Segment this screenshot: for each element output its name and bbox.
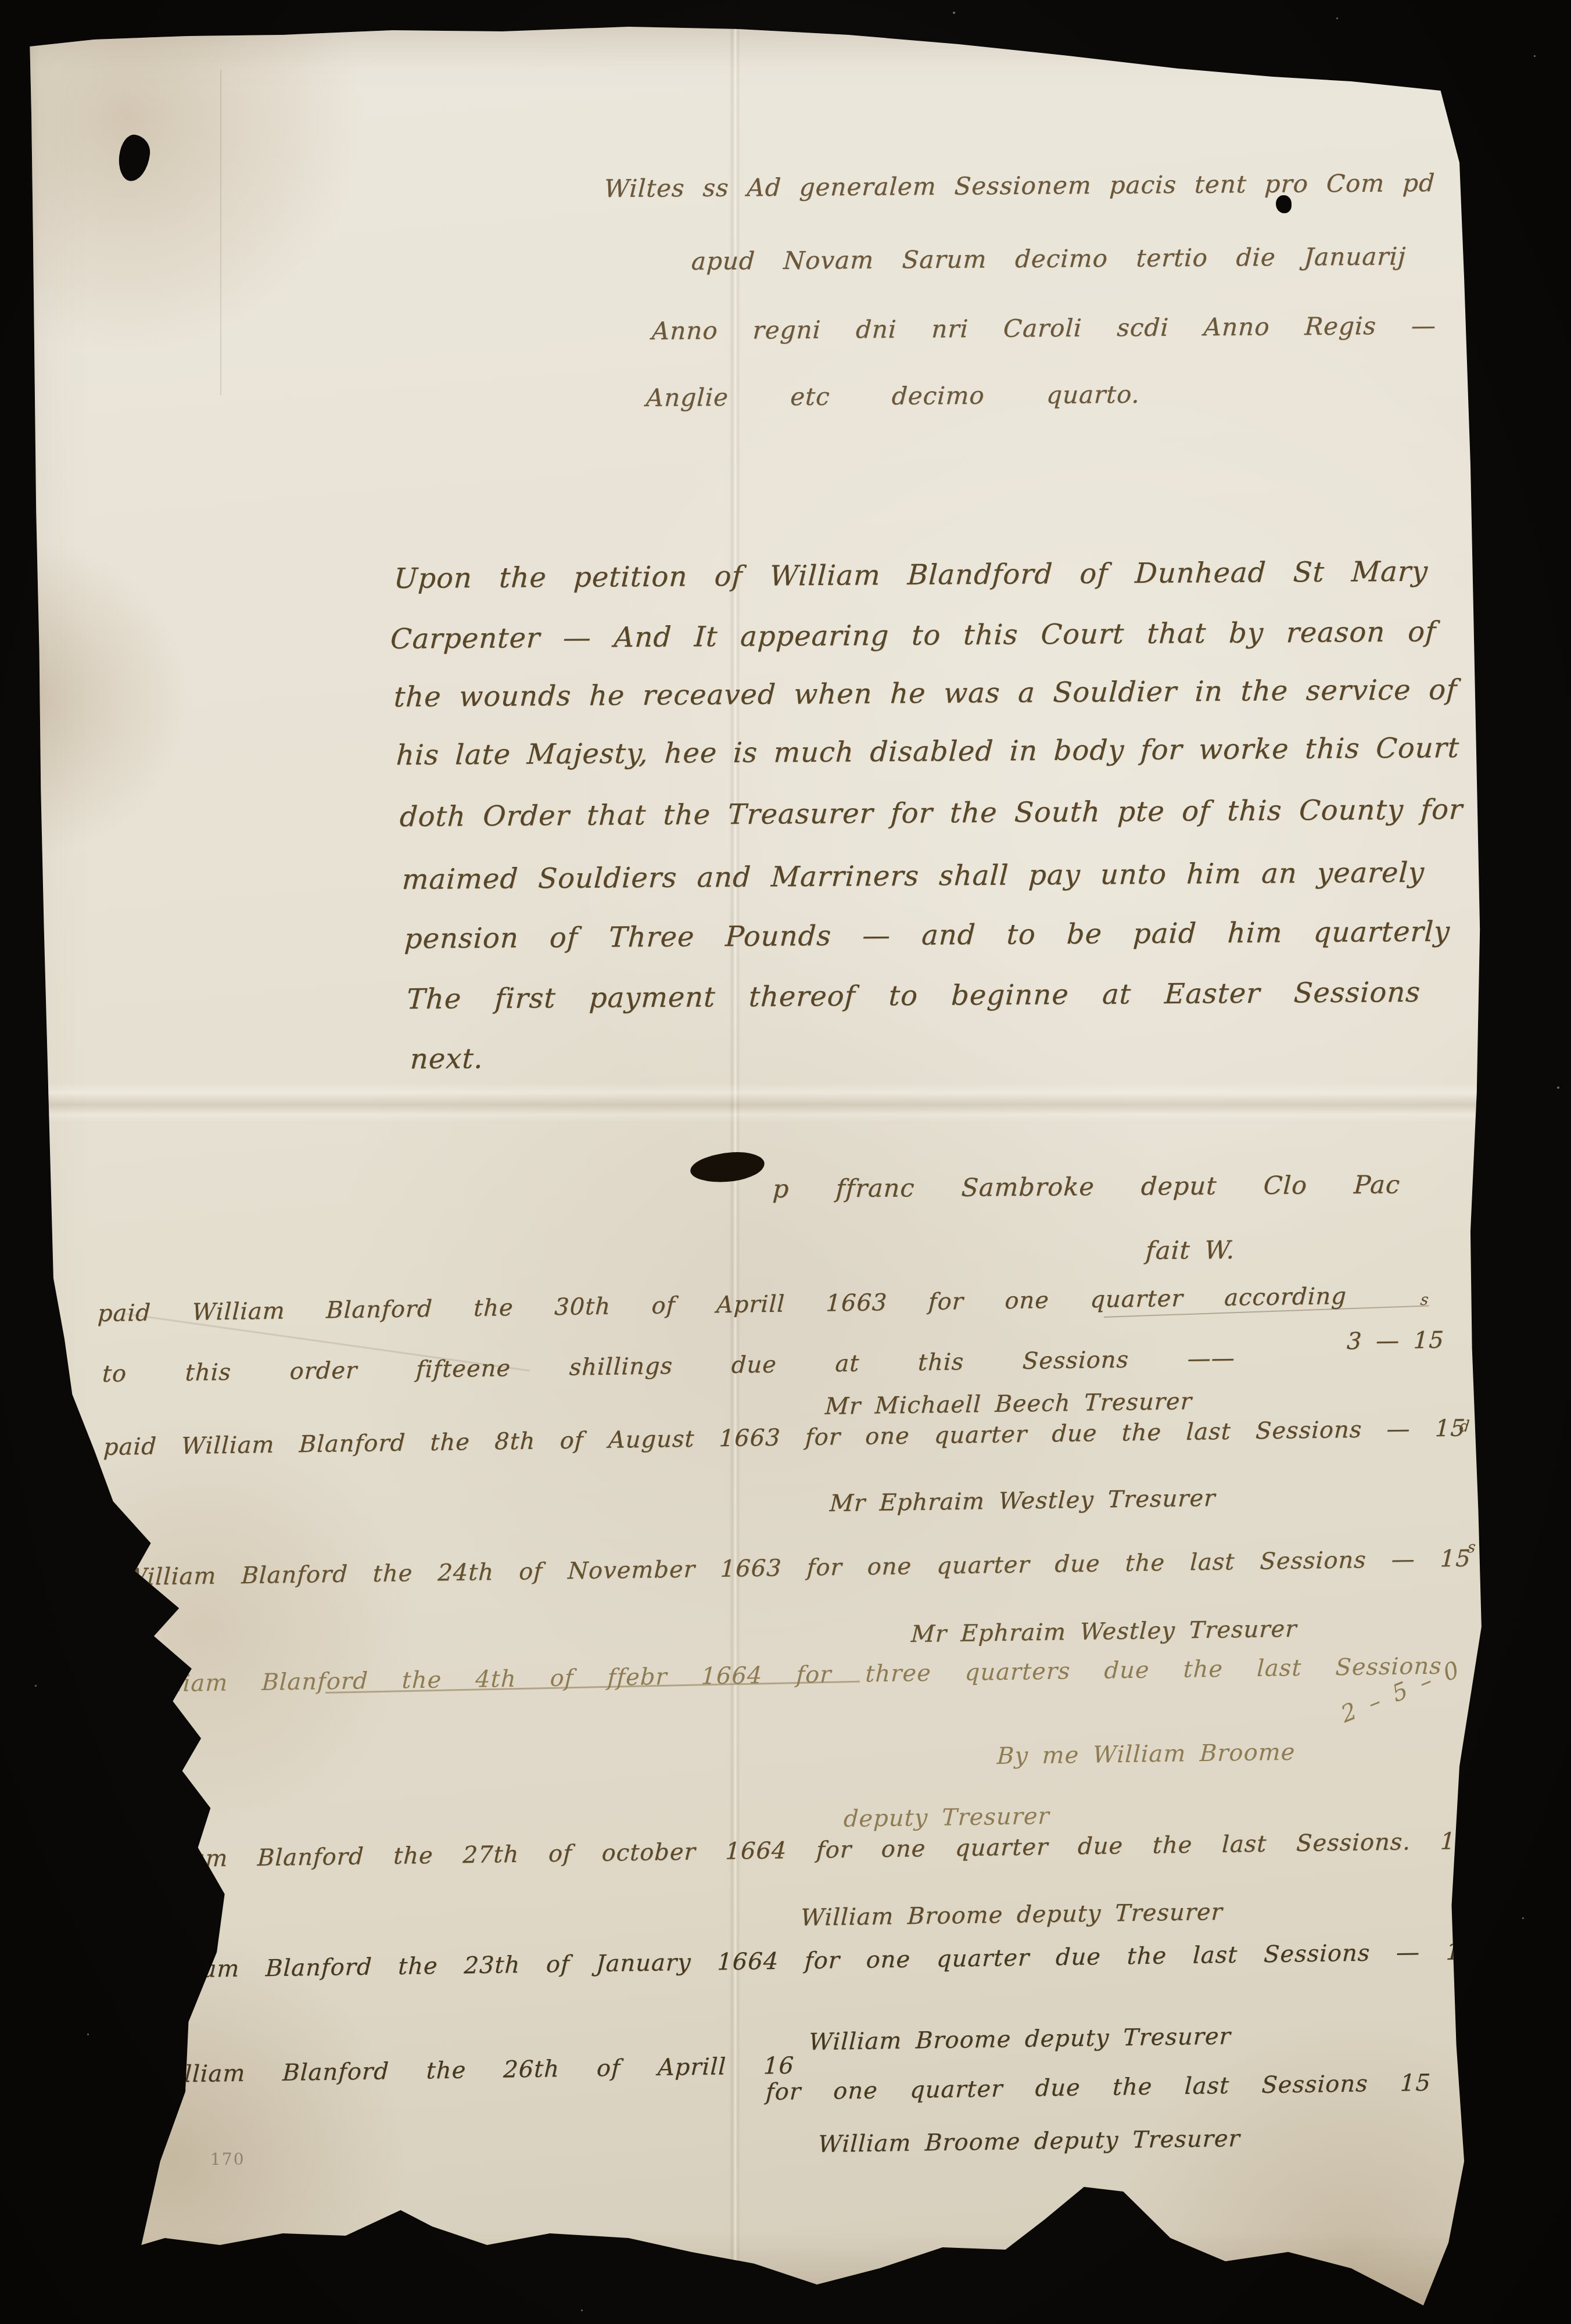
order-text-line: The first payment thereof to beginne at …: [406, 976, 1422, 1016]
order-text-line: next.: [410, 1042, 484, 1075]
receipt-line: for one quarter due the last Sessions 15: [765, 2070, 1432, 2106]
order-text-line: pension of Three Pounds — and to be paid…: [404, 915, 1451, 955]
receipt-amount: 3 — 15: [1346, 1327, 1445, 1355]
margin-unit-mark: s: [1470, 2045, 1480, 2063]
dust-speck: [1534, 55, 1536, 57]
receipt-line: to this order fifteene shillings due at …: [102, 1345, 1236, 1387]
latin-heading-line: apud Novam Sarum decimo tertio die Janua…: [691, 242, 1407, 275]
margin-unit-mark: s: [1466, 1538, 1476, 1556]
treasurer-signature: William Broome deputy Tresurer: [817, 2125, 1240, 2158]
photo-canvas: Wiltes ss Ad generalem Sessionem pacis t…: [0, 0, 1571, 2324]
dust-speck: [1557, 1086, 1559, 1089]
crease-vertical-minor: [220, 70, 221, 395]
order-text-line: Upon the petition of William Blandford o…: [393, 555, 1429, 595]
treasurer-signature: Mr Ephraim Westley Tresurer: [829, 1485, 1216, 1517]
receipt-by-line: By me William Broome: [996, 1739, 1296, 1770]
order-text-line: maimed Souldiers and Marriners shall pay…: [401, 856, 1426, 896]
latin-heading-line: Wiltes ss Ad generalem Sessionem pacis t…: [604, 168, 1436, 203]
clerk-attestation-line: fait W.: [1145, 1236, 1236, 1265]
fold-crease-horizontal: [0, 1083, 1571, 1122]
order-text-line: the wounds he receaved when he was a Sou…: [393, 673, 1458, 713]
receipt-line: paid William Blanford the 8th of August …: [103, 1415, 1466, 1461]
order-text-line: his late Majesty, hee is much disabled i…: [396, 731, 1460, 772]
treasurer-signature: William Broome deputy Tresurer: [808, 2023, 1231, 2056]
margin-unit-mark: s: [1470, 1824, 1480, 1842]
dust-speck: [1336, 17, 1338, 19]
receipt-line: William Blanford the 4th of ffebr 1664 f…: [134, 1653, 1443, 1698]
dust-speck: [953, 12, 955, 14]
order-text-line: doth Order that the Treasurer for the So…: [399, 793, 1464, 833]
treasurer-signature: deputy Tresurer: [843, 1803, 1050, 1832]
dust-speck: [35, 1685, 37, 1687]
ink-blot: [689, 1150, 765, 1185]
margin-unit-mark: s: [1475, 1936, 1484, 1954]
treasurer-signature: Mr Ephraim Westley Tresurer: [910, 1616, 1297, 1648]
receipt-line: William Blanford the 26th of Aprill 16: [152, 2053, 795, 2088]
clerk-attestation-line: p ffranc Sambroke deput Clo Pac: [772, 1170, 1401, 1204]
receipt-line: paid William Blanford the 30th of Aprill…: [97, 1283, 1347, 1327]
paper-hole: [116, 133, 152, 183]
folio-number: 170: [210, 2150, 245, 2169]
order-text-line: Carpenter — And It appearing to this Cou…: [390, 615, 1437, 655]
dust-speck: [87, 2033, 89, 2035]
treasurer-signature: Mr Michaell Beech Tresurer: [824, 1388, 1193, 1420]
receipt-line: William Blanford the 27th of october 166…: [134, 1828, 1472, 1873]
latin-heading-line: Anglie etc decimo quarto.: [645, 380, 1140, 412]
margin-unit-mark: d: [1458, 1418, 1470, 1436]
dust-speck: [1522, 1917, 1524, 1919]
receipt-line: William Blanford the 23th of January 166…: [146, 1938, 1477, 1984]
manuscript-page: Wiltes ss Ad generalem Sessionem pacis t…: [0, 0, 1571, 2324]
dust-speck: [581, 2309, 583, 2311]
receipt-line: William Blanford the 24th of November 16…: [123, 1545, 1472, 1591]
latin-heading-line: Anno regni dni nri Caroli scdi Anno Regi…: [651, 311, 1437, 345]
treasurer-signature: William Broome deputy Tresurer: [800, 1899, 1223, 1931]
